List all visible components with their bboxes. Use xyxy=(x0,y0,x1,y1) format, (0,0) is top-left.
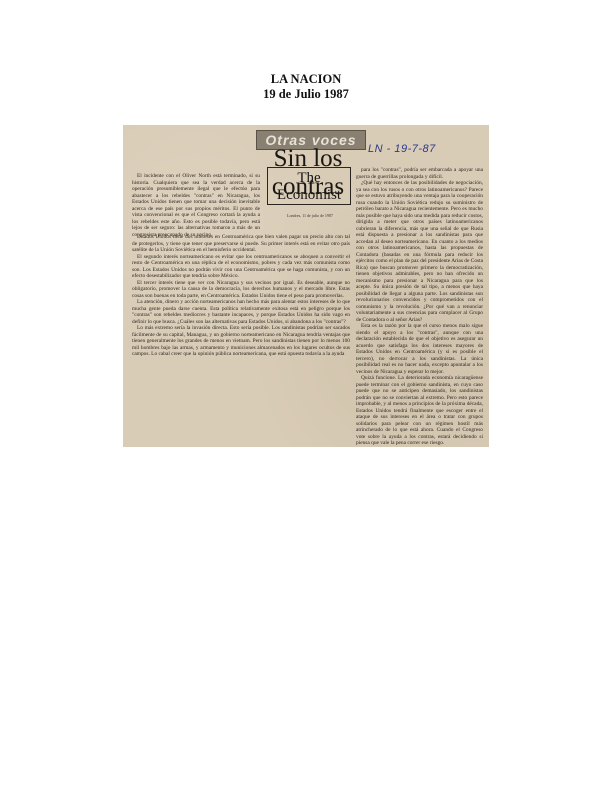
article-paragraph: Lo más extremo sería la invasión directa… xyxy=(132,325,350,358)
article-paragraph: El tercer interés tiene que ver con Nica… xyxy=(132,280,350,300)
article-paragraph: ¿Qué hay entonces de las posibilidades d… xyxy=(356,180,483,323)
article-paragraph: El incidente con el Oliver North está te… xyxy=(132,173,260,238)
article-paragraph: Esta es la razón por la que el curso men… xyxy=(356,323,483,375)
document-date: 19 de Julio 1987 xyxy=(0,87,612,102)
source-logo: The Economist xyxy=(267,167,351,205)
handwritten-date-note: LN - 19-7-87 xyxy=(368,143,436,155)
article-column-right: para los "contras", podría ser embarcada… xyxy=(356,167,483,447)
article-column-intro: El incidente con el Oliver North está te… xyxy=(132,173,260,238)
document-title: LA NACION xyxy=(0,72,612,87)
article-paragraph: La atención, dinero y acción norteameric… xyxy=(132,299,350,325)
source-logo-text: The Economist xyxy=(277,170,341,203)
article-paragraph: Estados Unidos tiene dos intereses en Ce… xyxy=(132,234,350,254)
dateline: Londres, 11 de julio de 1987 xyxy=(267,213,353,218)
translator-byline: Traducido por Gerardo Chaves xyxy=(356,447,483,448)
newspaper-clipping: Otras voces Sin los contras LN - 19-7-87… xyxy=(123,125,489,447)
article-paragraph: El segundo interés norteamericano es evi… xyxy=(132,254,350,280)
article-paragraph: para los "contras", podría ser embarcada… xyxy=(356,167,483,180)
article-column-main: Estados Unidos tiene dos intereses en Ce… xyxy=(132,234,350,358)
article-paragraph: Quizá funcione. La deteriorada economía … xyxy=(356,375,483,447)
